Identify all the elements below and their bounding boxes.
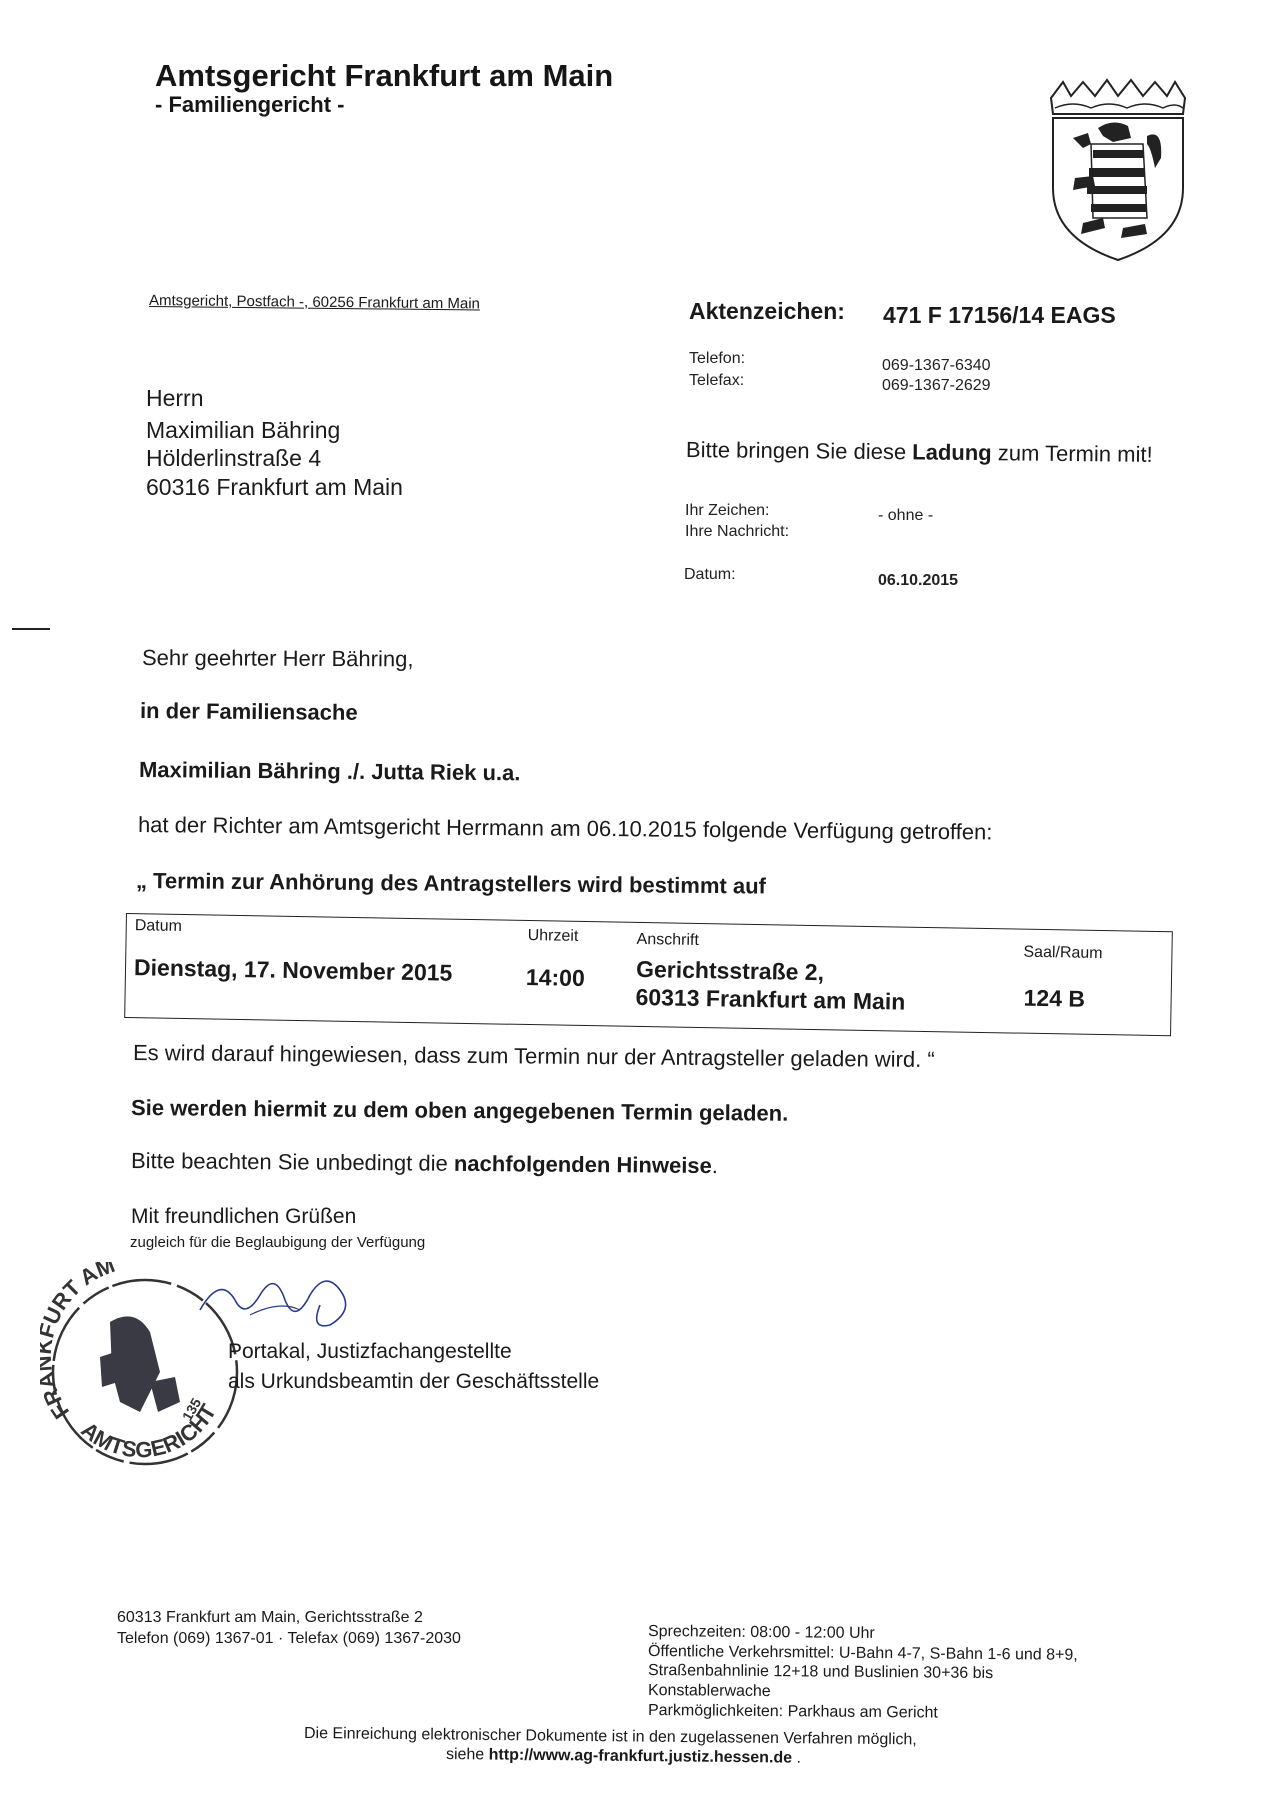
bring-notice-pre: Bitte bringen Sie diese bbox=[686, 437, 913, 464]
appointment-address-line2: 60313 Frankfurt am Main bbox=[635, 984, 905, 1016]
footer-address: 60313 Frankfurt am Main, Gerichtsstraße … bbox=[117, 1609, 423, 1627]
closing: Mit freundlichen Grüßen bbox=[131, 1205, 356, 1229]
website-link[interactable]: http://www.ag-frankfurt.justiz.hessen.de bbox=[489, 1746, 793, 1766]
ihre-nachricht-label: Ihre Nachricht: bbox=[685, 523, 789, 541]
footer-transport-2: Straßenbahnlinie 12+18 und Buslinien 30+… bbox=[648, 1662, 993, 1683]
aktenzeichen-value: 471 F 17156/14 EAGS bbox=[883, 302, 1116, 329]
appointment-room: 124 B bbox=[1023, 985, 1085, 1013]
bring-summons-notice: Bitte bringen Sie diese Ladung zum Termi… bbox=[686, 437, 1153, 468]
footer-electronic-notice: Die Einreichung elektronischer Dokumente… bbox=[304, 1725, 917, 1749]
recipient-name: Maximilian Bähring bbox=[146, 417, 340, 444]
hint-notice: Bitte beachten Sie unbedingt die nachfol… bbox=[131, 1148, 718, 1179]
fold-mark bbox=[12, 628, 50, 630]
court-division: - Familiengericht - bbox=[155, 92, 344, 118]
hessen-coat-of-arms-icon bbox=[1043, 78, 1193, 263]
appointment-table: Datum Uhrzeit Anschrift Saal/Raum Dienst… bbox=[124, 913, 1173, 1036]
svg-text:FRANKFURT AM: FRANKFURT AM bbox=[40, 1262, 118, 1423]
footer-hours: Sprechzeiten: 08:00 - 12:00 Uhr bbox=[648, 1623, 875, 1643]
bring-notice-post: zum Termin mit! bbox=[992, 440, 1153, 467]
footer-parking: Parkmöglichkeiten: Parkhaus am Gericht bbox=[648, 1702, 938, 1723]
case-parties: Maximilian Bähring ./. Jutta Riek u.a. bbox=[139, 757, 521, 786]
matter-intro: in der Familiensache bbox=[140, 698, 358, 726]
closing-subline: zugleich für die Beglaubigung der Verfüg… bbox=[130, 1234, 425, 1251]
header-uhrzeit: Uhrzeit bbox=[528, 927, 579, 946]
footer-transport-1: Öffentliche Verkehrsmittel: U-Bahn 4-7, … bbox=[648, 1643, 1078, 1665]
hint-post: . bbox=[712, 1153, 718, 1178]
appointment-date: Dienstag, 17. November 2015 bbox=[134, 954, 453, 987]
appointment-address-line1: Gerichtsstraße 2, bbox=[636, 956, 824, 986]
signer-name-title: Portakal, Justizfachangestellte bbox=[228, 1340, 512, 1364]
order-heading: „ Termin zur Anhörung des Antragstellers… bbox=[136, 868, 766, 899]
stamp-text-top: FRANKFURT AM bbox=[40, 1262, 118, 1423]
datum-label: Datum: bbox=[684, 566, 736, 584]
order-intro: hat der Richter am Amtsgericht Herrmann … bbox=[138, 812, 993, 845]
footer-transport-3: Konstablerwache bbox=[648, 1682, 771, 1701]
signer-role: als Urkundsbeamtin der Geschäftsstelle bbox=[228, 1370, 599, 1394]
bring-notice-bold: Ladung bbox=[912, 439, 992, 465]
datum-value: 06.10.2015 bbox=[878, 572, 958, 590]
applicant-only-note: Es wird darauf hingewiesen, dass zum Ter… bbox=[133, 1040, 935, 1073]
court-name: Amtsgericht Frankfurt am Main bbox=[155, 58, 613, 94]
footer-phone: Telefon (069) 1367-01 · Telefax (069) 13… bbox=[117, 1630, 461, 1648]
recipient-street: Hölderlinstraße 4 bbox=[146, 445, 321, 472]
sender-return-address: Amtsgericht, Postfach -, 60256 Frankfurt… bbox=[149, 292, 480, 312]
header-saal: Saal/Raum bbox=[1023, 944, 1102, 963]
telefon-value: 069-1367-6340 bbox=[882, 357, 991, 375]
ihr-zeichen-value: - ohne - bbox=[878, 507, 933, 525]
recipient-city: 60316 Frankfurt am Main bbox=[146, 474, 403, 501]
recipient-salutation: Herrn bbox=[146, 385, 204, 412]
footer-website: siehe http://www.ag-frankfurt.justiz.hes… bbox=[446, 1746, 801, 1768]
handwritten-signature bbox=[190, 1270, 360, 1340]
ihr-zeichen-label: Ihr Zeichen: bbox=[685, 502, 769, 520]
telefax-value: 069-1367-2629 bbox=[882, 377, 991, 395]
hint-pre: Bitte beachten Sie unbedingt die bbox=[131, 1148, 454, 1176]
hint-bold: nachfolgenden Hinweise bbox=[454, 1151, 712, 1178]
appointment-time: 14:00 bbox=[526, 964, 585, 992]
aktenzeichen-label: Aktenzeichen: bbox=[689, 298, 845, 325]
website-prefix: siehe bbox=[446, 1746, 489, 1763]
header-anschrift: Anschrift bbox=[636, 931, 699, 950]
telefon-label: Telefon: bbox=[689, 350, 745, 368]
telefax-label: Telefax: bbox=[689, 372, 744, 390]
header-datum: Datum bbox=[135, 917, 182, 936]
letter-salutation: Sehr geehrter Herr Bähring, bbox=[142, 645, 414, 672]
website-suffix: . bbox=[792, 1750, 801, 1767]
summons-statement: Sie werden hiermit zu dem oben angegeben… bbox=[131, 1095, 788, 1127]
